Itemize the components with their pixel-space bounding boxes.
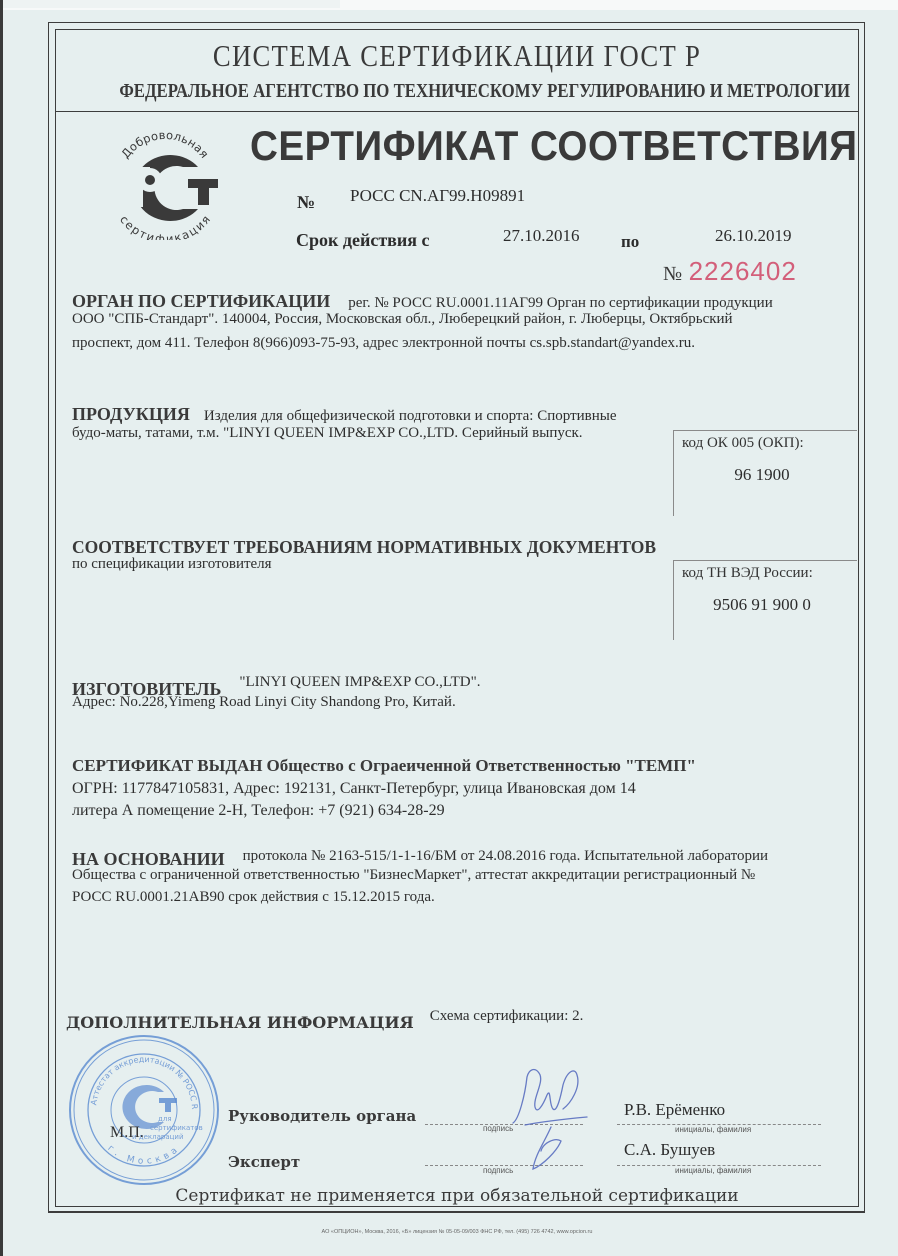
voluntary-disclaimer: Сертификат не применяется при обязательн…	[55, 1186, 859, 1206]
printer-imprint: АО «ОПЦИОН», Москва, 2016, «Б» лицензия …	[55, 1229, 859, 1235]
okp-code-label: код ОК 005 (ОКП):	[682, 435, 804, 452]
certificate-number-label: №	[297, 192, 315, 213]
certificate-title: СЕРТИФИКАТ СООТВЕТСТВИЯ	[250, 122, 857, 170]
head-role-label: Руководитель органа	[228, 1107, 416, 1125]
certification-body-heading: ОРГАН ПО СЕРТИФИКАЦИИ	[72, 291, 330, 311]
rst-logo-icon: Добровольная сертификация	[105, 125, 225, 240]
certification-body-line-3: проспект, дом 411. Телефон 8(966)093-75-…	[72, 333, 832, 354]
certification-body-section: ОРГАН ПО СЕРТИФИКАЦИИрег. № РОСС RU.0001…	[72, 291, 832, 354]
header-divider	[55, 111, 859, 112]
expert-name: С.А. Бушуев	[624, 1140, 715, 1160]
head-name-caption: инициалы, фамилия	[675, 1125, 751, 1134]
valid-to-label: по	[621, 232, 639, 252]
stamp-place-label: М.П.	[110, 1124, 144, 1142]
basis-section: НА ОСНОВАНИИпротокола № 2163-515/1-1-16/…	[72, 844, 832, 908]
expert-role-label: Эксперт	[228, 1153, 300, 1171]
okp-code-value: 96 1900	[674, 465, 850, 485]
expert-name-caption: инициалы, фамилия	[675, 1166, 751, 1175]
blank-serial-number: № 2226402	[663, 256, 797, 287]
tnved-code-box: код ТН ВЭД России: 9506 91 900 0	[673, 560, 857, 640]
round-seal-stamp-icon: Аттестат аккредитации № РОСС RU.0001.11А…	[64, 1030, 224, 1190]
basis-heading: НА ОСНОВАНИИ	[72, 849, 225, 869]
manufacturer-name: "LINYI QUEEN IMP&EXP CO.,LTD".	[239, 674, 480, 690]
validity-label: Срок действия с	[296, 230, 430, 251]
certification-body-line-2: ООО "СПБ-Стандарт". 140004, Россия, Моск…	[72, 309, 832, 330]
scan-left-edge	[0, 0, 3, 1256]
handwritten-signature-icon	[505, 1065, 595, 1175]
manufacturer-heading: ИЗГОТОВИТЕЛЬ	[72, 679, 221, 699]
footer-divider	[48, 1211, 865, 1213]
tnved-code-value: 9506 91 900 0	[674, 595, 850, 615]
scan-top-margin	[0, 0, 898, 10]
system-title: СИСТЕМА СЕРТИФИКАЦИИ ГОСТ Р	[111, 38, 802, 74]
issued-to-line-2: ОГРН: 1177847105831, Адрес: 192131, Санк…	[72, 778, 832, 799]
serial-number-value: 2226402	[689, 256, 797, 286]
product-line-1: Изделия для общефизической подготовки и …	[204, 408, 617, 424]
valid-from-date: 27.10.2016	[503, 226, 580, 246]
svg-text:г. Москва: г. Москва	[105, 1143, 182, 1166]
product-heading: ПРОДУКЦИЯ	[72, 404, 190, 424]
additional-info-section: ДОПОЛНИТЕЛЬНАЯ ИНФОРМАЦИЯСхема сертифика…	[66, 1004, 826, 1027]
stamp-center-text-1: для	[158, 1115, 172, 1123]
issued-to-section: СЕРТИФИКАТ ВЫДАН Общество с Ограеиченной…	[72, 756, 832, 821]
certificate-number: РОСС CN.АГ99.Н09891	[350, 186, 525, 206]
tnved-code-label: код ТН ВЭД России:	[682, 565, 813, 582]
okp-code-box: код ОК 005 (ОКП): 96 1900	[673, 430, 857, 516]
agency-name: ФЕДЕРАЛЬНОЕ АГЕНТСТВО ПО ТЕХНИЧЕСКОМУ РЕ…	[119, 80, 794, 103]
basis-line-3: РОСС RU.0001.21АВ90 срок действия с 15.1…	[72, 887, 832, 908]
head-name: Р.В. Ерёменко	[624, 1100, 725, 1120]
issued-to-line-3: литера А помещение 2-Н, Телефон: +7 (921…	[72, 800, 832, 821]
additional-info-text: Схема сертификации: 2.	[430, 1008, 584, 1024]
valid-to-date: 26.10.2019	[715, 226, 792, 246]
issued-to-heading: СЕРТИФИКАТ ВЫДАН	[72, 756, 263, 775]
serial-number-label: №	[663, 263, 682, 285]
stamp-city: г. Москва	[105, 1143, 182, 1166]
issued-to-name: Общество с Ограеиченной Ответственностью…	[267, 756, 696, 775]
manufacturer-section: ИЗГОТОВИТЕЛЬ"LINYI QUEEN IMP&EXP CO.,LTD…	[72, 670, 832, 713]
basis-line-1: протокола № 2163-515/1-1-16/БМ от 24.08.…	[243, 848, 768, 864]
